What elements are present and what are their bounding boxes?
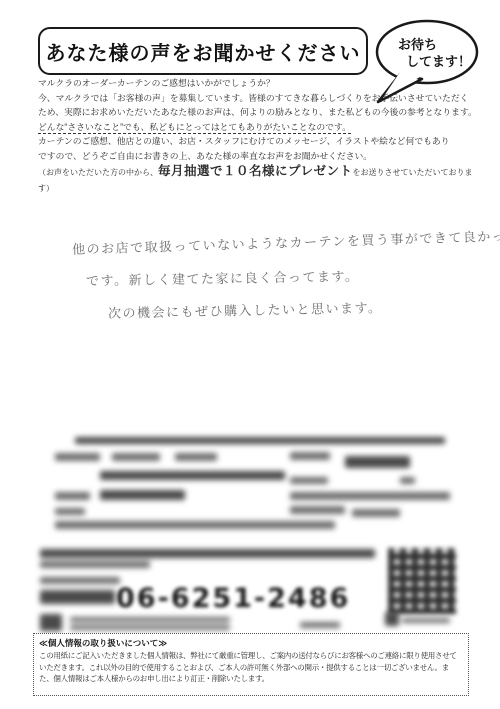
privacy-heading: ≪個人情報の取り扱いについて≫ xyxy=(39,637,463,649)
scanned-feedback-sheet: あなた様の声をお聞かせください お待ち してます！ マルクラのオーダーカーテンの… xyxy=(0,0,500,709)
privacy-notice-box: ≪個人情報の取り扱いについて≫ この用紙にご記入いただきました個人情報は、弊社に… xyxy=(33,633,469,696)
qr-code xyxy=(388,548,456,614)
privacy-body: この用紙にご記入いただきました個人情報は、弊社にて厳重に管理し、ご案内の送付なら… xyxy=(39,650,463,685)
shop-phone-number: 06-6251-2486 xyxy=(116,583,386,614)
